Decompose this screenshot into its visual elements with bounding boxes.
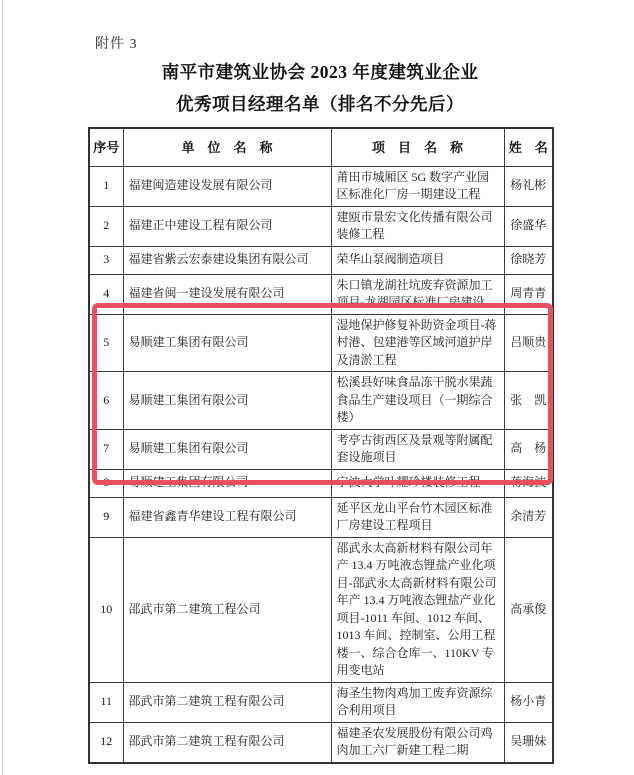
cell-name: 徐晓芳 [504,246,553,274]
cell-no: 1 [89,166,123,206]
table-row: 10 邵武市第二建筑工程公司 邵武永太高新材料有限公司年产 13.4 万吨液态锂… [89,537,553,682]
document-title: 南平市建筑业协会 2023 年度建筑业企业 优秀项目经理名单（排名不分先后） [88,56,552,120]
cell-project: 福建圣农发展股份有限公司鸡肉加工六厂新建工程二期 [331,722,504,763]
cell-company: 易顺建工集团有限公司 [123,314,331,372]
cell-no: 3 [89,246,123,274]
table-row: 4 福建省闽一建设发展有限公司 朱口镇龙湖社坑废弃资源加工项目-龙湖园区标准厂房… [89,274,553,314]
cell-company: 福建闽造建设发展有限公司 [123,166,331,206]
cell-company: 邵武市第二建筑工程有限公司 [123,682,331,722]
cell-no: 5 [89,314,123,372]
cell-no: 2 [89,206,123,246]
table-row: 9 福建省鑫青华建设工程有限公司 延平区龙山平台竹木园区标准厂房建设工程项目 余… [89,497,553,537]
cell-company: 福建省闽一建设发展有限公司 [123,274,331,314]
cell-project: 莆田市城厢区 5G 数字产业园区标准化厂房一期建设工程 [331,166,504,206]
table-row: 11 邵武市第二建筑工程有限公司 海圣生物肉鸡加工废弃资源综合利用项目 杨小青 [89,682,553,722]
table-row: 2 福建正中建设工程有限公司 建瓯市景宏文化传播有限公司装修工程 徐盛华 [89,206,553,246]
project-manager-table: 序号 单 位 名 称 项 目 名 称 姓 名 1 福建闽造建设发展有限公司 莆田… [88,127,554,764]
cell-name: 杨礼彬 [504,166,553,206]
cell-no: 7 [89,429,123,469]
cell-company: 邵武市第二建筑工程公司 [123,537,331,682]
cell-project: 考亭古街西区及景观等附属配套设施项目 [331,429,504,469]
cell-project: 邵武永太高新材料有限公司年产 13.4 万吨液态锂盐产业化项目-邵武永太高新材料… [331,537,504,682]
cell-project: 荣华山泵阀制造项目 [331,246,504,274]
cell-name: 高承俊 [504,537,553,682]
cell-name: 余清芳 [504,497,553,537]
table-row: 12 邵武市第二建筑工程有限公司 福建圣农发展股份有限公司鸡肉加工六厂新建工程二… [89,722,553,763]
table-row-highlighted: 8 易顺建工集团有限公司 宁波大学叶耀珍楼装修工程 蒋海波 [89,469,553,497]
cell-no: 11 [89,682,123,722]
header-no: 序号 [89,128,123,166]
cell-no: 9 [89,497,123,537]
cell-company: 易顺建工集团有限公司 [123,372,331,430]
cell-no: 6 [89,372,123,430]
document-page: 附件 3 南平市建筑业协会 2023 年度建筑业企业 优秀项目经理名单（排名不分… [0,0,634,775]
cell-no: 12 [89,722,123,763]
table-row-highlighted: 6 易顺建工集团有限公司 松溪县好味食品冻干脱水果蔬食品生产建设项目（一期综合楼… [89,372,553,430]
page-edge-line [2,0,3,775]
table-row-highlighted: 5 易顺建工集团有限公司 湿地保护修复补助资金项目-蒋村港、包建港等区域河道护岸… [89,314,553,372]
table-row: 3 福建省紫云宏泰建设集团有限公司 荣华山泵阀制造项目 徐晓芳 [89,246,553,274]
cell-name: 张 凯 [504,372,553,430]
cell-project: 朱口镇龙湖社坑废弃资源加工项目-龙湖园区标准厂房建设 [331,274,504,314]
table-row-highlighted: 7 易顺建工集团有限公司 考亭古街西区及景观等附属配套设施项目 高 杨 [89,429,553,469]
cell-company: 福建正中建设工程有限公司 [123,206,331,246]
attachment-label: 附件 3 [95,33,138,53]
cell-name: 吕顺贵 [504,314,553,372]
cell-name: 高 杨 [504,429,553,469]
cell-name: 吴珊妹 [504,722,553,763]
table-header-row: 序号 单 位 名 称 项 目 名 称 姓 名 [89,128,553,166]
cell-project: 延平区龙山平台竹木园区标准厂房建设工程项目 [331,497,504,537]
cell-name: 徐盛华 [504,206,553,246]
cell-no: 4 [89,274,123,314]
cell-project: 湿地保护修复补助资金项目-蒋村港、包建港等区域河道护岸及清淤工程 [331,314,504,372]
table-row: 1 福建闽造建设发展有限公司 莆田市城厢区 5G 数字产业园区标准化厂房一期建设… [89,166,553,206]
cell-project: 宁波大学叶耀珍楼装修工程 [331,469,504,497]
title-line-2: 优秀项目经理名单（排名不分先后） [88,88,552,120]
cell-name: 蒋海波 [504,469,553,497]
cell-company: 易顺建工集团有限公司 [123,429,331,469]
cell-name: 杨小青 [504,682,553,722]
cell-project: 建瓯市景宏文化传播有限公司装修工程 [331,206,504,246]
header-company: 单 位 名 称 [123,128,331,166]
cell-company: 邵武市第二建筑工程有限公司 [123,722,331,763]
cell-project: 海圣生物肉鸡加工废弃资源综合利用项目 [331,682,504,722]
title-line-1: 南平市建筑业协会 2023 年度建筑业企业 [88,56,552,88]
cell-company: 易顺建工集团有限公司 [123,469,331,497]
cell-name: 周青青 [504,274,553,314]
cell-no: 8 [89,469,123,497]
header-project: 项 目 名 称 [331,128,504,166]
cell-no: 10 [89,537,123,682]
cell-company: 福建省鑫青华建设工程有限公司 [123,497,331,537]
header-name: 姓 名 [504,128,553,166]
cell-project: 松溪县好味食品冻干脱水果蔬食品生产建设项目（一期综合楼） [331,372,504,430]
cell-company: 福建省紫云宏泰建设集团有限公司 [123,246,331,274]
